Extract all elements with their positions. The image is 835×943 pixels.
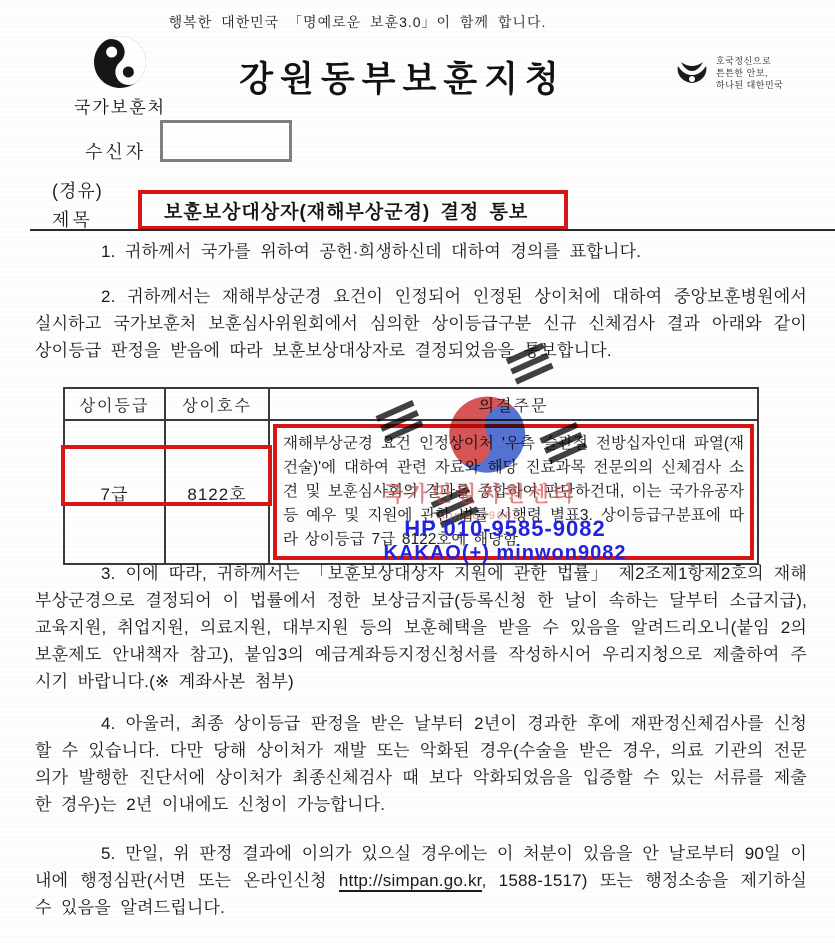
document-page: 행복한 대한민국 「명예로운 보훈3.0」이 함께 합니다. 국가보훈처 강원동…: [0, 0, 835, 943]
col-header-decision: 의결주문: [269, 388, 758, 420]
recipient-label: 수신자: [85, 138, 146, 164]
table-row: 7급 8122호 재해부상군경 요건 인정상이처 '우측 슬관절 전방십자인대 …: [64, 420, 758, 564]
col-header-number: 상이호수: [165, 388, 269, 420]
simpan-link[interactable]: http://simpan.go.kr: [339, 871, 482, 892]
number-cell: 8122호: [165, 420, 269, 564]
table-header-row: 상이등급 상이호수 의결주문: [64, 388, 758, 420]
paragraph-4: 4. 아울러, 최종 상이등급 판정을 받은 날부터 2년이 경과한 후에 재판…: [35, 710, 807, 818]
paragraph-3: 3. 이에 따라, 귀하께서는 「보훈보상대상자 지원에 관한 법률」 제2조제…: [35, 560, 807, 695]
decision-cell: 재해부상군경 요건 인정상이처 '우측 슬관절 전방십자인대 파열(재건술)'에…: [269, 420, 758, 564]
col-header-grade: 상이등급: [64, 388, 165, 420]
slogan-emblem: 호국정신으로 튼튼한 안보, 하나된 대한민국: [674, 52, 834, 92]
dove-hands-emblem-icon: [674, 52, 710, 92]
header-divider: [30, 229, 835, 231]
recipient-redacted-box: [160, 120, 292, 162]
decision-table: 상이등급 상이호수 의결주문 7급 8122호 재해부상군경 요건 인정상이처 …: [63, 387, 759, 565]
grade-cell: 7급: [64, 420, 165, 564]
subject-title: 보훈보상대상자(재해부상군경) 결정 통보: [164, 197, 528, 224]
header-tagline: 행복한 대한민국 「명예로운 보훈3.0」이 함께 합니다.: [0, 12, 835, 32]
subject-highlight-box: 보훈보상대상자(재해부상군경) 결정 통보: [138, 190, 568, 230]
paragraph-2: 2. 귀하께서는 재해부상군경 요건이 인정되어 인정된 상이처에 대하여 중앙…: [35, 283, 807, 364]
paragraph-1: 1. 귀하께서 국가를 위하여 공헌·희생하신데 대하여 경의를 표합니다.: [35, 238, 807, 265]
via-label: (경유): [52, 177, 103, 203]
decision-table-wrap: 상이등급 상이호수 의결주문 7급 8122호 재해부상군경 요건 인정상이처 …: [63, 387, 757, 565]
decision-highlight-box: 재해부상군경 요건 인정상이처 '우측 슬관절 전방십자인대 파열(재건술)'에…: [273, 424, 754, 560]
paragraph-5: 5. 만일, 위 판정 결과에 이의가 있으실 경우에는 이 처분이 있음을 안…: [35, 840, 807, 921]
